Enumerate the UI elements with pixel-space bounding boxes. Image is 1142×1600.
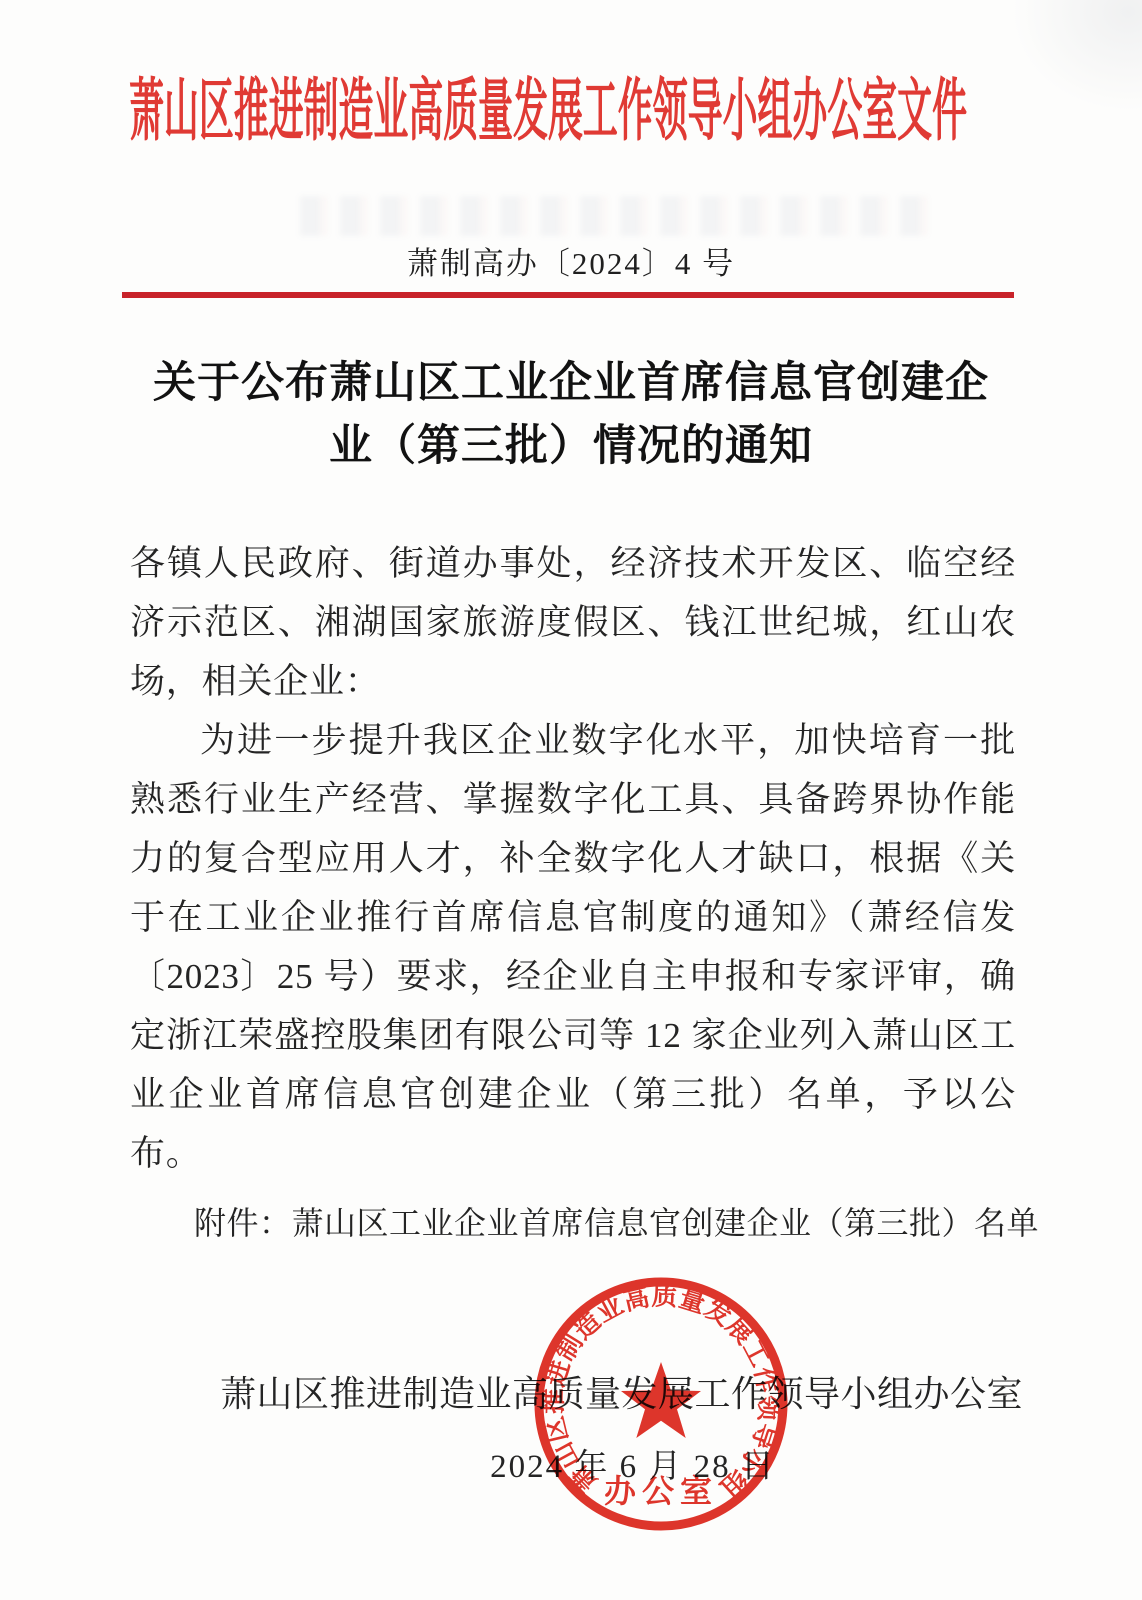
red-divider [122, 292, 1014, 298]
official-seal: 萧山区推进制造业高质量发展工作领导小组 办公室 [525, 1268, 797, 1540]
document-page: 萧山区推进制造业高质量发展工作领导小组办公室文件 萧制高办〔2024〕4 号 关… [0, 0, 1142, 1600]
letterhead: 萧山区推进制造业高质量发展工作领导小组办公室文件 [0, 58, 1142, 158]
letterhead-title: 萧山区推进制造业高质量发展工作领导小组办公室文件 [129, 73, 967, 149]
attachment-line: 附件：萧山区工业企业首席信息官创建企业（第三批）名单 [194, 1198, 1094, 1244]
bleed-through-artifact [300, 196, 940, 236]
seal-bottom-text: 办公室 [604, 1473, 718, 1509]
salutation: 各镇人民政府、街道办事处，经济技术开发区、临空经济示范区、湘湖国家旅游度假区、钱… [130, 534, 1016, 711]
seal-graphics: 萧山区推进制造业高质量发展工作领导小组 办公室 [539, 1281, 784, 1526]
body-text: 各镇人民政府、街道办事处，经济技术开发区、临空经济示范区、湘湖国家旅游度假区、钱… [130, 534, 1016, 1183]
doc-title-line1: 关于公布萧山区工业企业首席信息官创建企 [0, 352, 1142, 415]
doc-title-line2: 业（第三批）情况的通知 [0, 415, 1142, 478]
doc-number: 萧制高办〔2024〕4 号 [0, 238, 1142, 283]
doc-title: 关于公布萧山区工业企业首席信息官创建企 业（第三批）情况的通知 [0, 352, 1142, 478]
main-paragraph: 为进一步提升我区企业数字化水平，加快培育一批熟悉行业生产经营、掌握数字化工具、具… [130, 711, 1016, 1183]
seal-star-icon [621, 1362, 701, 1438]
